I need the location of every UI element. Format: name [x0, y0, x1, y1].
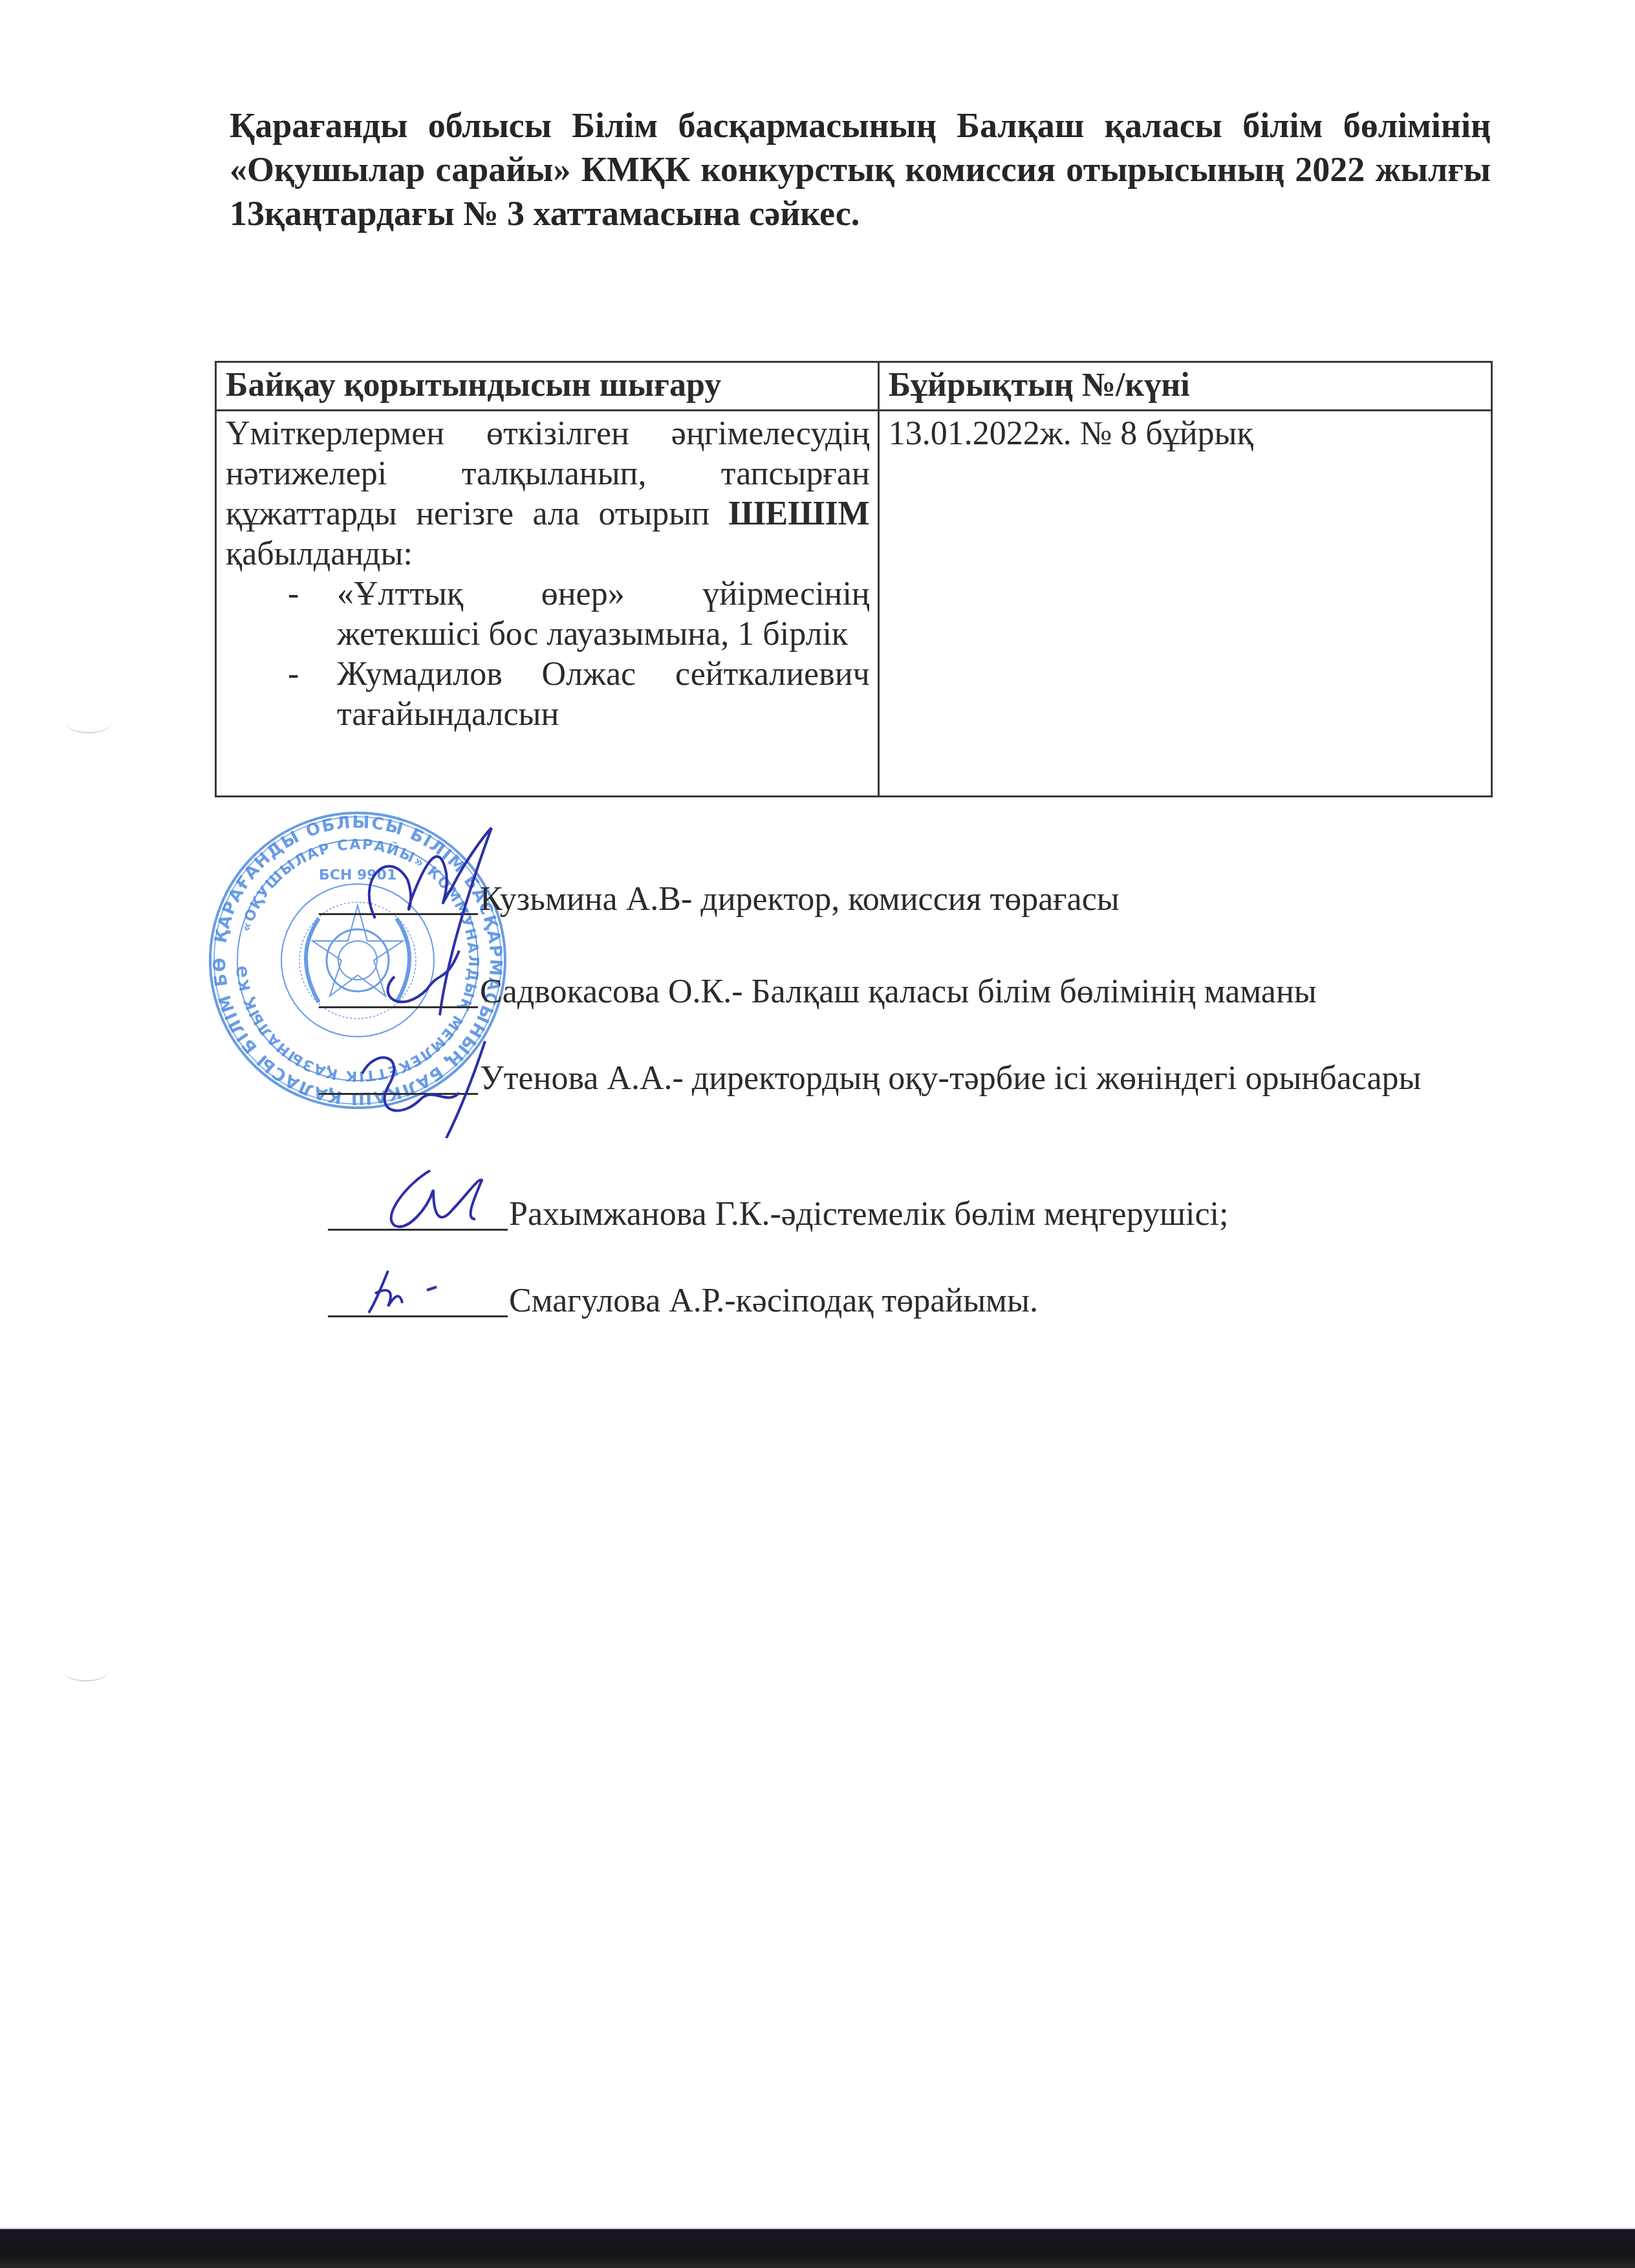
dash-bullet-icon: -	[288, 574, 299, 614]
decision-list: -«Ұлттық өнер» үйірмесінің жетекшісі бос…	[226, 574, 870, 735]
binder-hole-mark	[66, 713, 111, 733]
table-row: Үміткерлермен өткізілген әңгімелесудің н…	[216, 411, 1492, 797]
list-item: -Жумадилов Олжас сейткалиевич тағайындал…	[226, 654, 870, 735]
handwritten-signature-icon	[369, 1164, 492, 1235]
signatory-name-role: Смагулова А.Р.-кәсіподақ төрайымы.	[509, 1281, 1038, 1321]
handwritten-signature-icon	[336, 821, 504, 1035]
document-heading: Қарағанды облысы Білім басқармасының Бал…	[230, 103, 1491, 235]
dash-bullet-icon: -	[288, 654, 299, 695]
signatory-name-role: Кузьмина А.В- директор, комиссия төрағас…	[480, 880, 1120, 920]
scanner-edge-bar	[0, 2228, 1635, 2268]
decision-cell: Үміткерлермен өткізілген әңгімелесудің н…	[216, 411, 879, 797]
signature-line	[319, 1006, 478, 1008]
decision-text: Үміткерлермен өткізілген әңгімелесудің н…	[226, 414, 870, 574]
order-cell: 13.01.2022ж. № 8 бұйрық	[878, 411, 1491, 797]
handwritten-signature-icon	[362, 1268, 446, 1319]
order-reference: 13.01.2022ж. № 8 бұйрық	[889, 415, 1253, 452]
signatory-name-role: Утенова А.А.- директордың оқу-тәрбие ісі…	[480, 1059, 1495, 1099]
decision-keyword: ШЕШІМ	[728, 495, 869, 532]
binder-hole-mark	[63, 1661, 109, 1681]
column-header-result: Байқау қорытындысын шығару	[216, 362, 879, 411]
signatory-name-role: Рахымжанова Г.К.-әдістемелік бөлім меңге…	[509, 1194, 1228, 1235]
column-header-order: Бұйрықтың №/күні	[878, 362, 1491, 411]
handwritten-signature-icon	[349, 1035, 492, 1138]
document-page: Қарағанды облысы Білім басқармасының Бал…	[0, 0, 1635, 2268]
decision-intro-end: қабылданды:	[226, 535, 413, 572]
decision-table: Байқау қорытындысын шығару Бұйрықтың №/к…	[215, 361, 1493, 797]
signatory-name-role: Садвокасова О.К.- Балқаш қаласы білім бө…	[480, 972, 1317, 1012]
list-item-text: Жумадилов Олжас сейткалиевич тағайындалс…	[337, 656, 870, 733]
table-header-row: Байқау қорытындысын шығару Бұйрықтың №/к…	[216, 362, 1492, 411]
list-item: -«Ұлттық өнер» үйірмесінің жетекшісі бос…	[226, 574, 870, 654]
list-item-text: «Ұлттық өнер» үйірмесінің жетекшісі бос …	[337, 576, 870, 653]
